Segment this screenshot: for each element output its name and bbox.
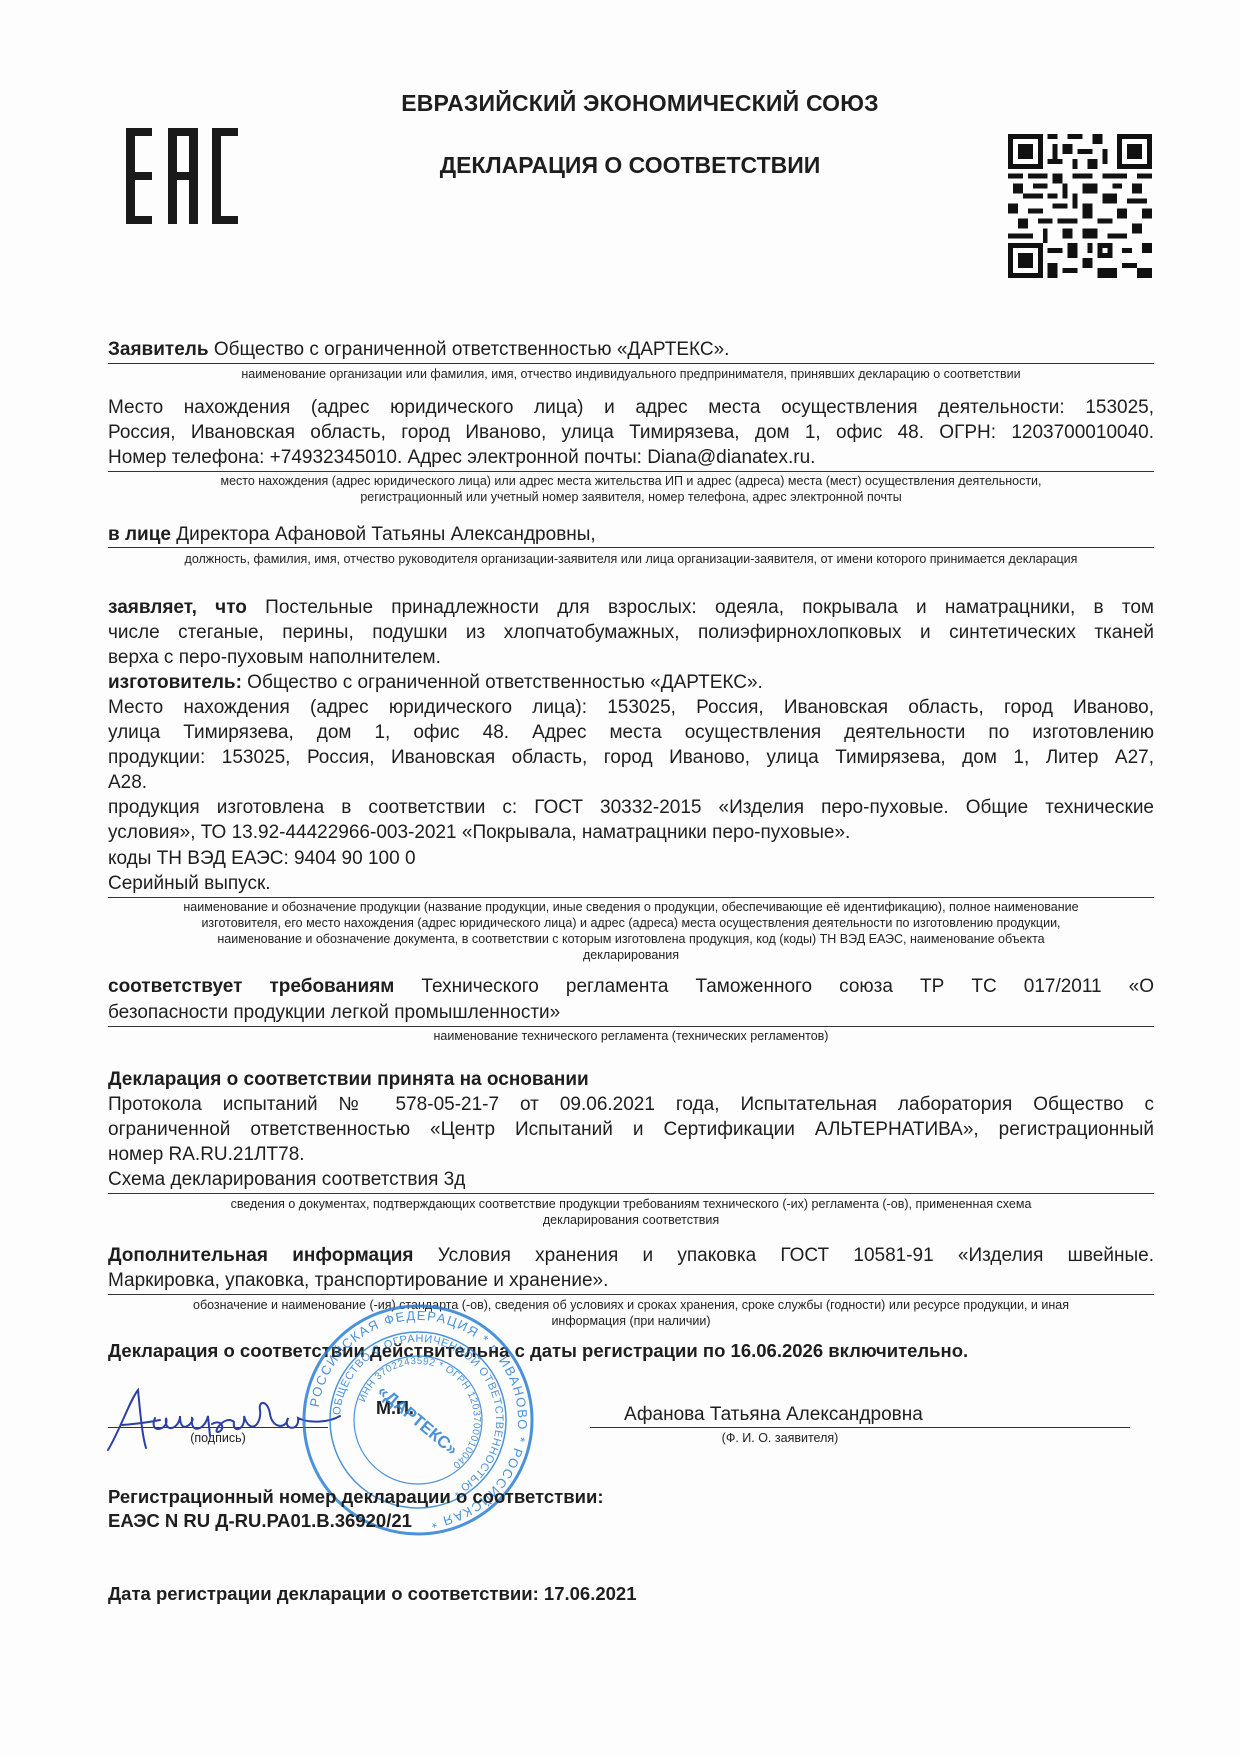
manufacturer-value: Общество с ограниченной ответственностью… [247,672,763,693]
svg-text:«ДАРТЕКС»: «ДАРТЕКС» [374,1381,462,1459]
manufacturer-caption-2: изготовителя, его место нахождения (адре… [108,915,1154,931]
basis-scheme: Схема декларирования соответствия 3д [108,1167,1154,1192]
representative-label: в лице [108,524,171,545]
basis-line-3: номер RA.RU.21ЛТ78. [108,1142,1154,1167]
additional-caption-2: информация (при наличии) [108,1313,1154,1329]
declares-text-1: Постельные принадлежности для взрослых: … [265,597,1154,618]
manufacturer-line: изготовитель: Общество с ограниченной от… [108,670,1154,695]
manufacturer-caption-1: наименование и обозначение продукции (на… [108,899,1154,915]
applicant-value: Общество с ограниченной ответственностью… [214,339,730,360]
additional-line-1: Дополнительная информация Условия хранен… [108,1243,1154,1268]
address-line-3: Номер телефона: +74932345010. Адрес элек… [108,445,1154,470]
declares-label: заявляет, что [108,597,247,618]
compliance-caption: наименование технического регламента (те… [108,1028,1154,1044]
declares-line-1: заявляет, что Постельные принадлежности … [108,595,1154,620]
applicant-line: Заявитель Общество с ограниченной ответс… [108,337,1154,362]
additional-label: Дополнительная информация [108,1245,414,1266]
basis-line-2: ограниченной ответственностью «Центр Исп… [108,1117,1154,1142]
compliance-text-1: Технического регламента Таможенного союз… [421,976,1154,997]
declares-line-3: верха с перо-пуховым наполнителем. [108,645,1154,670]
manufacturer-label: изготовитель: [108,672,242,693]
basis-heading: Декларация о соответствии принята на осн… [108,1067,1154,1092]
divider [108,1026,1154,1027]
applicant-caption: наименование организации или фамилия, им… [108,366,1154,382]
manufacturer-standard-2: условия», ТО 13.92-44422966-003-2021 «По… [108,820,1154,845]
additional-caption-1: обозначение и наименование (-ия) стандар… [108,1297,1154,1313]
manufacturer-caption-4: декларирования [108,947,1154,963]
basis-caption-1: сведения о документах, подтверждающих со… [108,1196,1154,1212]
address-caption-2: регистрационный или учетный номер заявит… [108,489,1154,505]
divider [108,471,1154,472]
additional-line-2: Маркировка, упаковка, транспортирование … [108,1268,1154,1293]
manufacturer-address-4: А28. [108,770,1154,795]
divider [108,897,1154,898]
union-title: ЕВРАЗИЙСКИЙ ЭКОНОМИЧЕСКИЙ СОЮЗ [0,90,1240,117]
manufacturer-address-3: продукции: 153025, Россия, Ивановская об… [108,745,1154,770]
declares-line-2: числе стеганые, перины, подушки из хлопч… [108,620,1154,645]
divider [108,1193,1154,1194]
divider [108,363,1154,364]
name-caption: (Ф. И. О. заявителя) [590,1430,970,1446]
compliance-line-2: безопасности продукции легкой промышленн… [108,1000,1154,1025]
manufacturer-address-2: улица Тимирязева, дом 1, офис 48. Адрес … [108,720,1154,745]
divider [108,1294,1154,1295]
address-line-2: Россия, Ивановская область, город Иванов… [108,420,1154,445]
validity-statement: Декларация о соответствии действительна … [108,1340,1154,1362]
basis-caption-2: декларирования соответствия [108,1212,1154,1228]
basis-line-1: Протокола испытаний № 578-05-21-7 от 09.… [108,1092,1154,1117]
name-line [590,1427,1130,1428]
applicant-label: Заявитель [108,339,209,360]
hs-codes: коды ТН ВЭД ЕАЭС: 9404 90 100 0 [108,846,1154,871]
production-type: Серийный выпуск. [108,871,1154,896]
registration-number: ЕАЭС N RU Д-RU.РА01.В.36920/21 [108,1510,412,1532]
applicant-full-name: Афанова Татьяна Александровна [624,1404,923,1426]
representative-line: в лице Директора Афановой Татьяны Алекса… [108,522,1154,547]
compliance-label: соответствует требованиям [108,976,394,997]
registration-date: Дата регистрации декларации о соответств… [108,1583,637,1605]
manufacturer-address-1: Место нахождения (адрес юридического лиц… [108,695,1154,720]
qr-code-icon [1008,134,1152,278]
representative-value: Директора Афановой Татьяны Александровны… [176,524,595,545]
divider [108,547,1154,548]
registration-label: Регистрационный номер декларации о соотв… [108,1486,604,1508]
address-line-1: Место нахождения (адрес юридического лиц… [108,395,1154,420]
manufacturer-standard-1: продукция изготовлена в соответствии с: … [108,795,1154,820]
representative-caption: должность, фамилия, имя, отчество руково… [108,551,1154,567]
additional-text-1: Условия хранения и упаковка ГОСТ 10581-9… [438,1245,1154,1266]
eac-mark-icon [126,128,238,224]
address-caption-1: место нахождения (адрес юридического лиц… [108,473,1154,489]
compliance-line-1: соответствует требованиям Технического р… [108,974,1154,999]
manufacturer-caption-3: наименование и обозначение документа, в … [108,931,1154,947]
